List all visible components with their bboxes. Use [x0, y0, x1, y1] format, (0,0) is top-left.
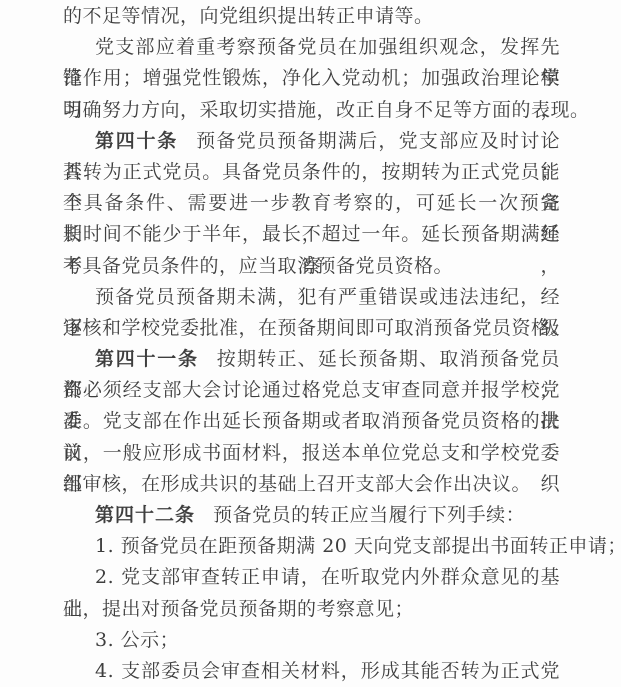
text-line: 部审核，在形成共识的基础上召开支部大会作出决议。 [63, 469, 560, 500]
text-line: 1. 预备党员在距预备期满 20 天向党支部提出书面转正申请； [63, 531, 560, 562]
text-line: 全具备条件、需要进一步教育考察的，可延长一次预备期，延 [63, 188, 560, 219]
text-line: 范作用；增强党性锻炼，净化入党动机；加强政治理论学习， [63, 63, 560, 94]
text-line: 4. 支部委员会审查相关材料，形成其能否转为正式党员的 [63, 656, 560, 687]
text-line: 上，提出对预备党员预备期的考察意见； [63, 594, 560, 625]
text-line: 第四十一条按期转正、延长预备期、取消预备党员资格， [63, 344, 560, 375]
text-line: 预备党员预备期未满，犯有严重错误或违法违纪，经逐级 [63, 282, 560, 313]
text-line: 的不足等情况，向党组织提出转正申请等。 [63, 1, 560, 32]
document-page: 的不足等情况，向党组织提出转正申请等。党支部应着重考察预备党员在加强组织观念，发… [0, 0, 621, 687]
text-line: 否转为正式党员。具备党员条件的，按期转为正式党员；不完 [63, 157, 560, 188]
document-text-block: 的不足等情况，向党组织提出转正申请等。党支部应着重考察预备党员在加强组织观念，发… [63, 1, 560, 687]
article-number: 第四十一条 [95, 348, 199, 370]
text-line: 党支部应着重考察预备党员在加强组织观念，发挥先锋模 [63, 32, 560, 63]
article-number: 第四十二条 [95, 504, 195, 526]
text-line: 长时间不能少于半年，最长不超过一年。延长预备期满经考察， [63, 219, 560, 250]
text-line: 明确努力方向，采取切实措施，改正自身不足等方面的表现。 [63, 95, 560, 126]
text-line: 审核和学校党委批准，在预备期间即可取消预备党员资格。 [63, 313, 560, 344]
article-text: 预备党员的转正应当履行下列手续： [213, 504, 525, 526]
article-number: 第四十条 [95, 130, 178, 152]
text-line: 都必须经支部大会讨论通过、党总支审查同意并报学校党委批 [63, 375, 560, 406]
text-line: 2. 党支部审查转正申请，在听取党内外群众意见的基础 [63, 562, 560, 593]
text-line: 3. 公示； [63, 625, 560, 656]
text-line: 前，一般应形成书面材料，报送本单位党总支和学校党委组织 [63, 438, 560, 469]
text-line: 第四十二条预备党员的转正应当履行下列手续： [63, 500, 560, 531]
text-line: 准。党支部在作出延长预备期或者取消预备党员资格的决议 [63, 406, 560, 437]
text-line: 第四十条预备党员预备期满后，党支部应及时讨论其能 [63, 126, 560, 157]
